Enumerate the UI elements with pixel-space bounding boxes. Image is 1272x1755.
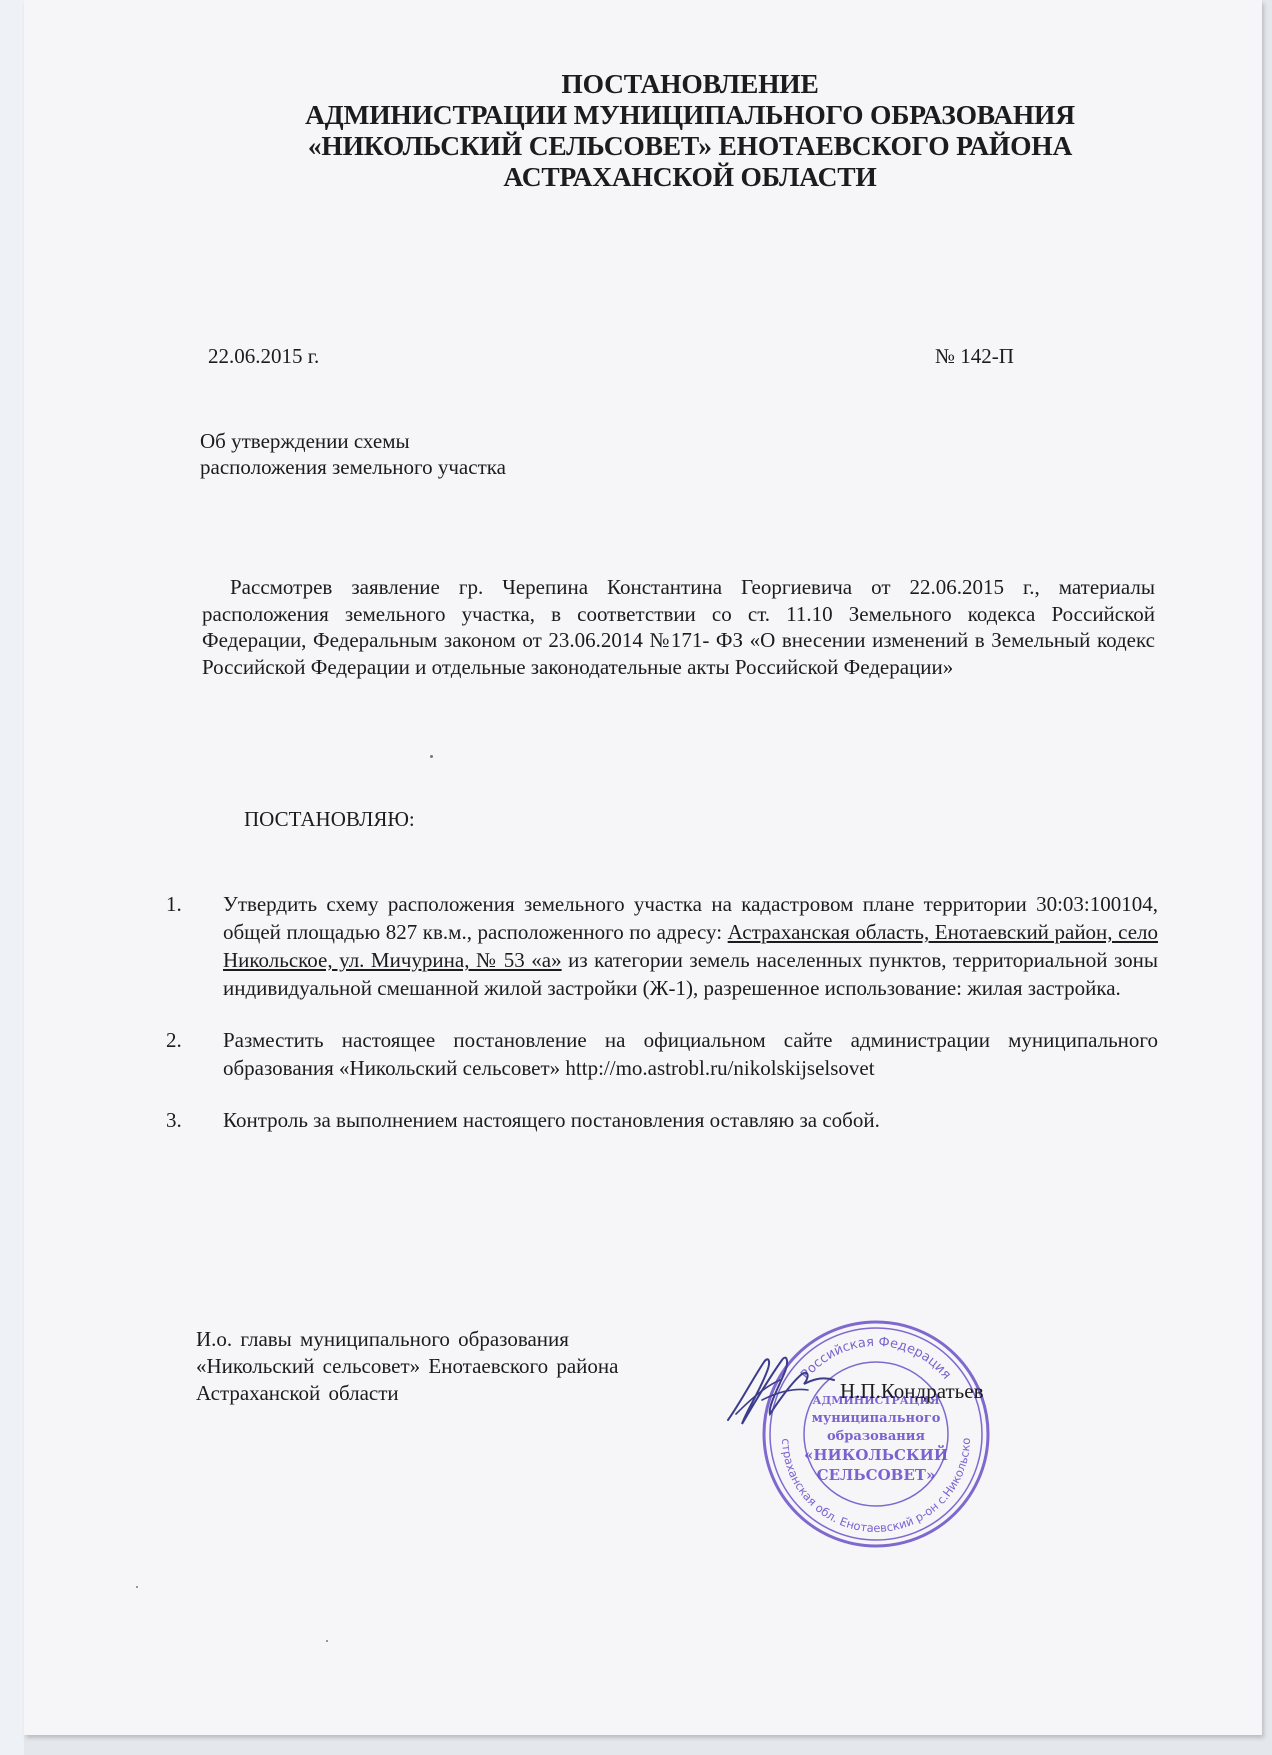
item-text: Разместить настоящее постановление на оф… xyxy=(223,1028,1158,1080)
item-number: 2. xyxy=(166,1026,182,1054)
heading-line-4: АСТРАХАНСКОЙ ОБЛАСТИ xyxy=(250,161,1130,192)
signatory-line-3: Астраханской области xyxy=(196,1380,618,1407)
heading-line-1: ПОСТАНОВЛЕНИЕ xyxy=(250,68,1130,99)
scan-speck xyxy=(430,755,433,758)
decree-items: 1. Утвердить схему расположения земельно… xyxy=(166,890,1158,1134)
signatory-line-2: «Никольский сельсовет» Енотаевского райо… xyxy=(196,1353,618,1380)
subject-line-2: расположения земельного участка xyxy=(200,454,506,480)
signer-name: Н.П.Кондратьев xyxy=(840,1379,983,1404)
handwritten-signature-icon xyxy=(722,1340,842,1450)
item-number: 1. xyxy=(166,890,182,918)
item-text: Контроль за выполнением настоящего поста… xyxy=(223,1108,880,1132)
signatory-line-1: И.о. главы муниципального образования xyxy=(196,1326,618,1353)
decree-item: 2. Разместить настоящее постановление на… xyxy=(166,1026,1158,1082)
document-subject: Об утверждении схемы расположения земель… xyxy=(200,428,506,480)
item-number: 3. xyxy=(166,1106,182,1134)
heading-line-2: АДМИНИСТРАЦИИ МУНИЦИПАЛЬНОГО ОБРАЗОВАНИЯ xyxy=(250,99,1130,130)
preamble-paragraph: Рассмотрев заявление гр. Черепина Конста… xyxy=(202,574,1155,680)
stamp-center-5: СЕЛЬСОВЕТ» xyxy=(817,1466,936,1484)
scan-speck xyxy=(136,1586,138,1588)
subject-line-1: Об утверждении схемы xyxy=(200,428,506,454)
scan-speck xyxy=(326,1640,328,1642)
document-page xyxy=(24,0,1262,1735)
document-heading: ПОСТАНОВЛЕНИЕ АДМИНИСТРАЦИИ МУНИЦИПАЛЬНО… xyxy=(250,68,1130,192)
signatory-title: И.о. главы муниципального образования «Н… xyxy=(196,1326,618,1407)
decree-item: 1. Утвердить схему расположения земельно… xyxy=(166,890,1158,1002)
document-date: 22.06.2015 г. xyxy=(208,344,319,369)
document-number: № 142-П xyxy=(935,344,1014,369)
decree-word: ПОСТАНОВЛЯЮ: xyxy=(244,807,415,832)
scan-margin xyxy=(0,0,24,1755)
heading-line-3: «НИКОЛЬСКИЙ СЕЛЬСОВЕТ» ЕНОТАЕВСКОГО РАЙО… xyxy=(250,130,1130,161)
decree-item: 3. Контроль за выполнением настоящего по… xyxy=(166,1106,1158,1134)
